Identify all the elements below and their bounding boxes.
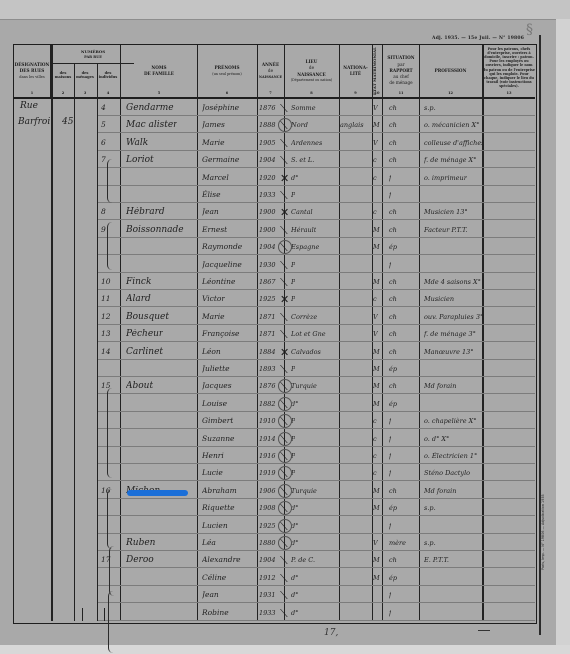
cell-marital: c bbox=[373, 294, 377, 304]
cell-year: 1920 bbox=[259, 173, 276, 183]
header-text: (un seul prénom) bbox=[212, 72, 241, 77]
cell-profession: Mde 4 saisons X° bbox=[424, 277, 481, 287]
cell-household: 11 bbox=[101, 294, 111, 304]
cell-marital: M bbox=[373, 573, 380, 583]
cell-year: 1880 bbox=[259, 538, 276, 548]
row-rule bbox=[98, 480, 535, 481]
cell-relation: ch bbox=[389, 225, 397, 235]
cell-profession: colleuse d'affiches X° bbox=[424, 138, 482, 148]
header-text: ménages bbox=[74, 75, 96, 79]
cell-relation: f bbox=[389, 590, 391, 600]
cross-mark-icon: ✕ bbox=[280, 172, 289, 185]
cell-household: 9 bbox=[101, 225, 106, 235]
cell-relation: ép bbox=[389, 364, 397, 374]
cell-profession: o. Électricien 1° bbox=[424, 451, 477, 461]
cell-surname: Loriot bbox=[126, 155, 154, 165]
cell-first-name: Marcel bbox=[202, 173, 229, 183]
cross-mark-icon: ⟍ bbox=[280, 607, 288, 621]
header-designation: DÉSIGNATION DES RUES dans les villes 1 bbox=[14, 45, 51, 97]
cell-marital: c bbox=[373, 173, 377, 183]
cell-surname: Boissonnade bbox=[126, 225, 184, 235]
cell-relation: ch bbox=[389, 103, 397, 113]
cross-mark-icon: ✕ bbox=[280, 293, 289, 306]
cell-year: 1882 bbox=[259, 399, 276, 409]
cell-surname: Walk bbox=[126, 138, 148, 148]
row-rule bbox=[98, 411, 535, 412]
row-rule bbox=[98, 341, 535, 342]
cell-profession: Md forain bbox=[424, 486, 456, 496]
household-brace bbox=[108, 591, 113, 653]
cell-profession: Md forain bbox=[424, 381, 456, 391]
row-rule bbox=[98, 550, 535, 551]
cell-first-name: Joséphine bbox=[202, 103, 239, 113]
cell-first-name: Abraham bbox=[202, 486, 237, 496]
cross-mark-icon: ⟍ bbox=[280, 311, 288, 325]
cell-marital: V bbox=[373, 538, 378, 548]
cell-profession: Musicien bbox=[424, 294, 454, 304]
cell-year: 1919 bbox=[259, 468, 276, 478]
cell-first-name: Ernest bbox=[202, 225, 227, 235]
street-line2: Barfroi bbox=[18, 117, 50, 127]
cell-marital: M bbox=[373, 242, 380, 252]
cell-birthplace: Cantal bbox=[291, 207, 313, 217]
form-reference-note: Adj. 1935. — 15e Juil. — N° 19806 bbox=[432, 36, 524, 41]
cell-marital: M bbox=[373, 486, 380, 496]
column-stub bbox=[82, 608, 83, 621]
cross-mark-icon: ⟍ bbox=[280, 554, 288, 568]
circle-mark-icon bbox=[278, 519, 292, 533]
cell-year: 1904 bbox=[259, 155, 276, 165]
column-divider bbox=[197, 45, 198, 621]
column-number: 8 bbox=[284, 91, 339, 96]
cell-year: 1876 bbox=[259, 103, 276, 113]
row-rule bbox=[98, 620, 535, 621]
cell-birthplace: d° bbox=[291, 608, 298, 618]
cell-household: 4 bbox=[101, 103, 106, 113]
cell-first-name: Jean bbox=[202, 590, 219, 600]
household-brace bbox=[107, 388, 112, 478]
circle-mark-icon bbox=[278, 397, 292, 411]
circle-mark-icon bbox=[278, 432, 292, 446]
cell-birthplace: Lot et Gne bbox=[291, 329, 326, 339]
row-rule bbox=[98, 515, 535, 516]
cell-relation: mère bbox=[389, 538, 406, 548]
cell-household: 10 bbox=[101, 277, 111, 287]
cell-year: 1900 bbox=[259, 225, 276, 235]
header-text: individus bbox=[97, 75, 119, 79]
row-rule bbox=[98, 324, 535, 325]
cell-profession: f. de ménage X° bbox=[424, 155, 476, 165]
cross-mark-icon: ⟍ bbox=[280, 276, 288, 290]
cell-nationality: anglais bbox=[340, 120, 364, 130]
cell-first-name: Henri bbox=[202, 451, 224, 461]
cell-first-name: Juliette bbox=[202, 364, 230, 374]
column-number: 3 bbox=[74, 91, 96, 95]
cell-first-name: Jacques bbox=[202, 381, 232, 391]
column-divider bbox=[482, 45, 484, 621]
cross-mark-icon: ⟍ bbox=[280, 224, 288, 238]
cell-year: 1933 bbox=[259, 608, 276, 618]
cell-year: 1867 bbox=[259, 277, 276, 287]
row-rule bbox=[98, 376, 535, 377]
cross-mark-icon: ⟍ bbox=[280, 572, 288, 586]
cell-marital: c bbox=[373, 451, 377, 461]
cell-year: 1906 bbox=[259, 486, 276, 496]
cell-profession: s.p. bbox=[424, 503, 436, 513]
circle-mark-icon bbox=[278, 414, 292, 428]
cell-birthplace: P bbox=[291, 294, 295, 304]
cell-year: 1925 bbox=[259, 294, 276, 304]
cell-relation: ch bbox=[389, 312, 397, 322]
cell-marital: M bbox=[373, 347, 380, 357]
cell-year: 1930 bbox=[259, 260, 276, 270]
cell-birthplace: d° bbox=[291, 590, 298, 600]
header-text: dans les villes bbox=[19, 75, 44, 80]
cell-profession: Manœuvre 13° bbox=[424, 347, 474, 357]
cell-first-name: Élise bbox=[202, 190, 221, 200]
row-rule bbox=[98, 393, 535, 394]
cross-mark-icon: ⟍ bbox=[280, 363, 288, 377]
cell-surname: Hébrard bbox=[126, 207, 165, 217]
cell-birthplace: Espagne bbox=[291, 242, 319, 252]
circle-mark-icon bbox=[278, 536, 292, 550]
cell-marital: c bbox=[373, 155, 377, 165]
cell-year: 1871 bbox=[259, 329, 276, 339]
header-text: (Département ou nation) bbox=[291, 78, 332, 83]
cell-year: 1884 bbox=[259, 347, 276, 357]
cell-year: 1933 bbox=[259, 190, 276, 200]
cell-household: 7 bbox=[101, 155, 106, 165]
household-brace bbox=[109, 546, 114, 596]
cell-marital: M bbox=[373, 225, 380, 235]
cell-year: 1908 bbox=[259, 503, 276, 513]
cell-relation: ch bbox=[389, 155, 397, 165]
cell-first-name: Léon bbox=[202, 347, 221, 357]
surname-highlight-michon[interactable] bbox=[127, 490, 188, 496]
row-rule bbox=[98, 237, 535, 238]
header-profession: PROFESSION 12 bbox=[419, 45, 482, 97]
header-individus: des individus bbox=[97, 71, 119, 79]
cell-relation: ép bbox=[389, 503, 397, 513]
cell-relation: ch bbox=[389, 207, 397, 217]
header-noms: NOMS DE FAMILLE 5 bbox=[121, 45, 197, 97]
cell-year: 1904 bbox=[259, 242, 276, 252]
cell-household: 5 bbox=[101, 120, 106, 130]
header-nationalite: NATIONA- LITÉ 9 bbox=[339, 45, 372, 97]
cell-first-name: Jacqueline bbox=[202, 260, 242, 270]
cell-profession: o. d° X° bbox=[424, 434, 449, 444]
cross-mark-icon: ✕ bbox=[280, 346, 289, 359]
cell-profession: E. P.T.T. bbox=[424, 555, 449, 565]
cell-birthplace: P bbox=[291, 260, 295, 270]
cell-first-name: James bbox=[202, 120, 225, 130]
cell-birthplace: Corrèze bbox=[291, 312, 317, 322]
column-number: 7 bbox=[257, 91, 284, 96]
row-rule bbox=[98, 167, 535, 168]
cell-household: 8 bbox=[101, 207, 106, 217]
header-prenoms: PRÉNOMS (un seul prénom) 6 bbox=[197, 45, 257, 97]
cell-relation: f bbox=[389, 434, 391, 444]
cross-mark-icon: ⟍ bbox=[280, 589, 288, 603]
cell-relation: f bbox=[389, 468, 391, 478]
column-stub bbox=[104, 608, 105, 621]
cell-marital: M bbox=[373, 503, 380, 513]
cell-first-name: Robine bbox=[202, 608, 229, 618]
column-number: 9 bbox=[339, 91, 372, 96]
cell-relation: f bbox=[389, 608, 391, 618]
column-number: 1 bbox=[14, 91, 50, 96]
cell-household: 6 bbox=[101, 138, 106, 148]
row-rule bbox=[98, 428, 535, 429]
cell-household: 14 bbox=[101, 347, 111, 357]
cell-birthplace: d° bbox=[291, 538, 298, 548]
circle-mark-icon bbox=[278, 501, 292, 515]
circle-mark-icon bbox=[278, 240, 292, 254]
cell-birthplace: d° bbox=[291, 173, 298, 183]
household-brace bbox=[107, 489, 112, 549]
cell-marital: M bbox=[373, 364, 380, 374]
scan-background-top bbox=[0, 0, 570, 20]
cell-year: 1904 bbox=[259, 555, 276, 565]
cell-first-name: Jean bbox=[202, 207, 219, 217]
column-number: 4 bbox=[97, 91, 119, 95]
footer-dash bbox=[478, 630, 490, 631]
cell-household: 12 bbox=[101, 312, 111, 322]
cell-surname: Bousquet bbox=[126, 312, 169, 322]
scan-background-bottom bbox=[0, 645, 570, 654]
cross-mark-icon: ⟍ bbox=[280, 259, 288, 273]
header-lieu: LIEU de NAISSANCE (Département ou nation… bbox=[284, 45, 339, 97]
circle-mark-icon bbox=[278, 466, 292, 480]
cell-birthplace: P bbox=[291, 277, 295, 287]
cross-mark-icon: ⟍ bbox=[280, 137, 288, 151]
cell-surname: Ruben bbox=[126, 538, 155, 548]
cell-relation: ch bbox=[389, 486, 397, 496]
row-rule bbox=[98, 150, 535, 151]
cell-year: 1900 bbox=[259, 207, 276, 217]
cell-birthplace: Ardennes bbox=[291, 138, 322, 148]
column-divider bbox=[120, 45, 121, 621]
cell-year: 1905 bbox=[259, 138, 276, 148]
column-number: 2 bbox=[52, 91, 74, 95]
cell-marital: c bbox=[373, 416, 377, 426]
cell-relation: ch bbox=[389, 381, 397, 391]
cell-year: 1888 bbox=[259, 120, 276, 130]
column-number: 10 bbox=[372, 91, 382, 95]
cell-birthplace: P bbox=[291, 364, 295, 374]
cell-relation: ch bbox=[389, 120, 397, 130]
cell-profession: Musicien 13° bbox=[424, 207, 468, 217]
house-number: 45 bbox=[62, 117, 73, 127]
cell-profession: s.p. bbox=[424, 103, 436, 113]
cell-first-name: Alexandre bbox=[202, 555, 241, 565]
page-edge bbox=[556, 19, 570, 647]
header-etat-matrimonial: ÉTAT MATRIMONIAL bbox=[372, 47, 380, 95]
header-text: de ménage bbox=[389, 80, 412, 86]
column-number: 5 bbox=[121, 91, 197, 96]
cell-surname: About bbox=[126, 381, 153, 391]
cell-profession: Facteur P.T.T. bbox=[424, 225, 467, 235]
cell-relation: ch bbox=[389, 138, 397, 148]
header-text: maisons bbox=[52, 75, 74, 79]
cell-relation: ch bbox=[389, 347, 397, 357]
header-text: DE FAMILLE bbox=[144, 71, 174, 77]
cell-birthplace: Hérault bbox=[291, 225, 316, 235]
cell-relation: ép bbox=[389, 573, 397, 583]
cell-profession: Sténo Dactylo bbox=[424, 468, 470, 478]
cell-relation: f bbox=[389, 173, 391, 183]
row-rule bbox=[98, 359, 535, 360]
cell-surname: Gendarme bbox=[126, 103, 174, 113]
column-divider bbox=[74, 63, 75, 621]
cell-year: 1931 bbox=[259, 590, 276, 600]
printer-margin-text: Paris, Imp. — N° 19806 — Adjudication 19… bbox=[541, 440, 547, 570]
cell-first-name: Léontine bbox=[202, 277, 235, 287]
cross-mark-icon: ⟍ bbox=[280, 189, 288, 203]
cell-relation: ép bbox=[389, 399, 397, 409]
cell-first-name: Suzanne bbox=[202, 434, 235, 444]
column-number: 13 bbox=[483, 91, 535, 95]
street-line1: Rue bbox=[20, 101, 38, 111]
cell-marital: c bbox=[373, 434, 377, 444]
footer-page-mark: 17, bbox=[324, 628, 338, 638]
cell-first-name: Marie bbox=[202, 138, 225, 148]
header-employer-note: Pour les patrons, chefs d'entreprise, ou… bbox=[483, 47, 535, 88]
row-rule bbox=[98, 585, 535, 586]
column-divider bbox=[51, 45, 53, 621]
cell-relation: f bbox=[389, 521, 391, 531]
header-annee: ANNÉE de NAISSANCE 7 bbox=[257, 45, 284, 97]
cell-surname: Alard bbox=[126, 294, 151, 304]
cell-marital: M bbox=[373, 381, 380, 391]
column-divider bbox=[382, 45, 383, 621]
household-brace bbox=[107, 222, 112, 270]
cell-marital: M bbox=[373, 555, 380, 565]
cell-household: 17 bbox=[101, 555, 111, 565]
cell-first-name: Louise bbox=[202, 399, 227, 409]
cell-relation: f bbox=[389, 416, 391, 426]
cell-birthplace: d° bbox=[291, 503, 298, 513]
row-rule bbox=[98, 306, 535, 307]
header-menages: des ménages bbox=[74, 71, 96, 79]
cell-year: 1925 bbox=[259, 521, 276, 531]
cell-birthplace: d° bbox=[291, 573, 298, 583]
cell-relation: f bbox=[389, 451, 391, 461]
row-rule bbox=[98, 202, 535, 203]
cell-profession: f. de ménage 3° bbox=[424, 329, 476, 339]
cell-year: 1876 bbox=[259, 381, 276, 391]
cell-relation: f bbox=[389, 190, 391, 200]
cell-birthplace: Turquie bbox=[291, 381, 317, 391]
column-divider bbox=[257, 45, 258, 621]
cell-marital: V bbox=[373, 138, 378, 148]
cell-birthplace: P. de C. bbox=[291, 555, 315, 565]
header-situation: SITUATION par RAPPORT au chef de ménage … bbox=[383, 45, 419, 97]
cell-year: 1893 bbox=[259, 364, 276, 374]
row-rule bbox=[98, 185, 535, 186]
cell-household: 16 bbox=[101, 486, 111, 496]
column-divider bbox=[339, 45, 340, 621]
cross-mark-icon: ⟍ bbox=[280, 154, 288, 168]
cell-marital: c bbox=[373, 468, 377, 478]
cell-surname: Pécheur bbox=[126, 329, 163, 339]
cross-mark-icon: ⟍ bbox=[280, 328, 288, 342]
row-rule bbox=[98, 132, 535, 133]
circle-mark-icon bbox=[278, 449, 292, 463]
census-register-table: DÉSIGNATION DES RUES dans les villes 1 N… bbox=[13, 44, 537, 624]
cell-relation: ch bbox=[389, 277, 397, 287]
cell-marital: V bbox=[373, 103, 378, 113]
cell-first-name: Lucie bbox=[202, 468, 223, 478]
cell-birthplace: S. et L. bbox=[291, 155, 314, 165]
cell-marital: V bbox=[373, 312, 378, 322]
cell-first-name: Céline bbox=[202, 573, 226, 583]
cell-profession: o. imprimeur bbox=[424, 173, 467, 183]
header-text: NAISSANCE bbox=[259, 75, 282, 80]
row-rule bbox=[98, 115, 535, 116]
cell-birthplace: Calvados bbox=[291, 347, 321, 357]
cell-year: 1871 bbox=[259, 312, 276, 322]
cell-profession: o. mécanicien X° bbox=[424, 120, 479, 130]
cell-birthplace: d° bbox=[291, 399, 298, 409]
cell-profession: s.p. bbox=[424, 538, 436, 548]
cell-marital: M bbox=[373, 399, 380, 409]
circle-mark-icon bbox=[278, 118, 292, 132]
cell-relation: ép bbox=[389, 242, 397, 252]
cell-first-name: Riquette bbox=[202, 503, 235, 513]
cell-birthplace: Nord bbox=[291, 120, 308, 130]
page-corner-curl: § bbox=[526, 22, 533, 38]
column-number: 6 bbox=[197, 91, 257, 96]
cell-birthplace: Turquie bbox=[291, 486, 317, 496]
cell-surname: Deroo bbox=[126, 555, 154, 565]
cell-birthplace: d° bbox=[291, 521, 298, 531]
circle-mark-icon bbox=[278, 379, 292, 393]
cross-mark-icon: ⟍ bbox=[280, 102, 288, 116]
row-rule bbox=[98, 446, 535, 447]
cell-first-name: Victor bbox=[202, 294, 225, 304]
cell-profession: ouv. Parapluies 3° bbox=[424, 312, 482, 322]
cell-relation: ch bbox=[389, 329, 397, 339]
cell-relation: ch bbox=[389, 294, 397, 304]
row-rule bbox=[98, 254, 535, 255]
row-rule bbox=[98, 463, 535, 464]
cell-first-name: Lucien bbox=[202, 521, 228, 531]
cell-first-name: Marie bbox=[202, 312, 225, 322]
row-rule bbox=[98, 219, 535, 220]
cell-relation: f bbox=[389, 260, 391, 270]
cell-first-name: Raymonde bbox=[202, 242, 242, 252]
header-maisons: des maisons bbox=[52, 71, 74, 79]
cell-household: 15 bbox=[101, 381, 111, 391]
cell-year: 1912 bbox=[259, 573, 276, 583]
row-rule bbox=[98, 533, 535, 534]
column-number: 11 bbox=[383, 91, 419, 96]
cell-year: 1910 bbox=[259, 416, 276, 426]
cell-year: 1916 bbox=[259, 451, 276, 461]
row-rule bbox=[98, 567, 535, 568]
cell-birthplace: Somme bbox=[291, 103, 316, 113]
cell-first-name: Germaine bbox=[202, 155, 239, 165]
cell-profession: o. chapelière X° bbox=[424, 416, 477, 426]
cell-surname: Finck bbox=[126, 277, 151, 287]
cell-relation: ch bbox=[389, 555, 397, 565]
column-divider bbox=[419, 45, 420, 621]
cell-surname: Carlinet bbox=[126, 347, 163, 357]
cell-marital: V bbox=[373, 329, 378, 339]
cell-surname: Mac alister bbox=[126, 120, 177, 130]
cell-first-name: Gimbert bbox=[202, 416, 233, 426]
